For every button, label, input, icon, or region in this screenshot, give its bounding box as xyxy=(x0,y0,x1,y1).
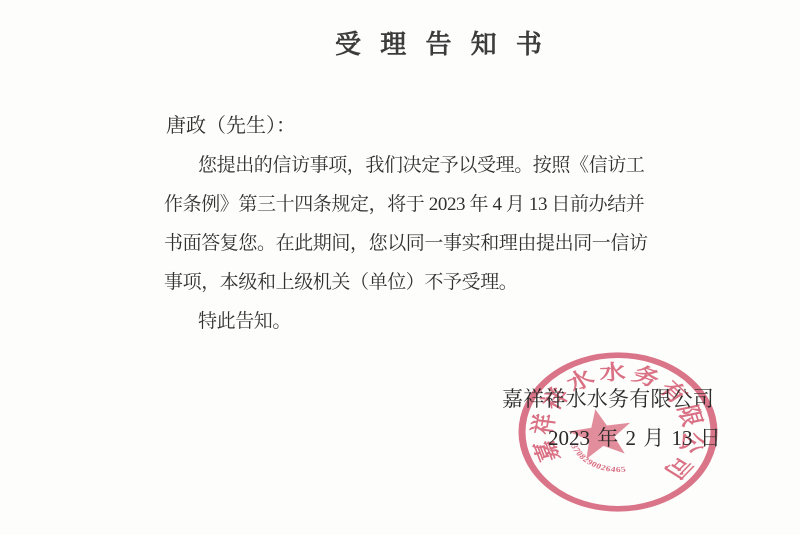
body-line: 事项，本级和上级机关（单位）不予受理。 xyxy=(164,263,646,302)
letter-body: 您提出的信访事项，我们决定予以受理。按照《信访工 作条例》第三十四条规定，将于 … xyxy=(164,146,646,341)
body-line: 书面答复您。在此期间，您以同一事实和理由提出同一信访 xyxy=(164,224,646,263)
salutation: 唐政（先生）： xyxy=(166,111,296,141)
signature-date: 2023 年 2 月 13 日 xyxy=(548,425,721,452)
body-line: 您提出的信访事项，我们决定予以受理。按照《信访工 xyxy=(164,146,646,185)
scanned-letter-page: 受 理 告 知 书 唐政（先生）： 您提出的信访事项，我们决定予以受理。按照《信… xyxy=(0,0,800,535)
body-line: 作条例》第三十四条规定，将于 2023 年 4 月 13 日前办结并 xyxy=(164,185,646,224)
document-title: 受 理 告 知 书 xyxy=(335,29,542,59)
signature-company-name: 嘉祥祥水水务有限公司 xyxy=(502,386,714,413)
body-line: 特此告知。 xyxy=(164,302,646,341)
